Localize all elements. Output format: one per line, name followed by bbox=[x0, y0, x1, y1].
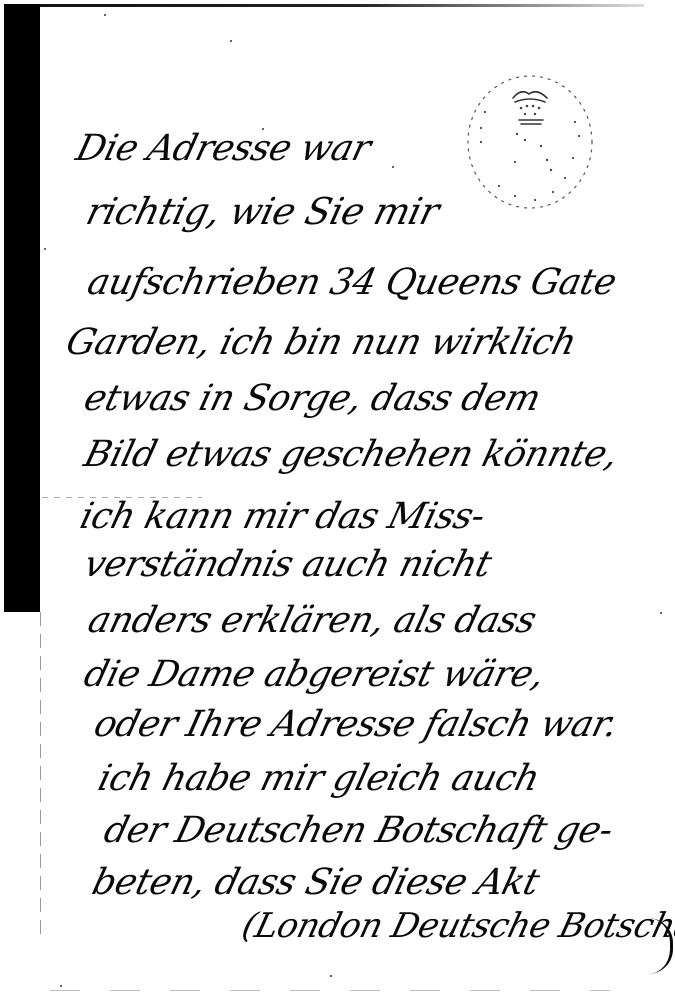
letter-line: anders erklären, als dass bbox=[84, 600, 540, 641]
letter-line: der Deutschen Botschaft ge- bbox=[100, 810, 617, 851]
scan-top-edge bbox=[4, 4, 644, 7]
scan-speck bbox=[392, 166, 394, 168]
scan-speck bbox=[262, 128, 264, 130]
letter-line: richtig, wie Sie mir bbox=[82, 190, 443, 233]
letter-line: Bild etwas geschehen könnte, bbox=[80, 434, 622, 475]
scan-speck bbox=[230, 40, 232, 42]
letter-line: aufschrieben 34 Queens Gate bbox=[84, 262, 620, 303]
scan-speck bbox=[330, 975, 332, 977]
letter-line: oder Ihre Adresse falsch war. bbox=[90, 704, 622, 745]
letter-line: die Dame abgereist wäre, bbox=[80, 654, 548, 695]
letter-line: etwas in Sorge, dass dem bbox=[80, 378, 545, 419]
paper-left-edge bbox=[40, 612, 41, 942]
letter-page: Die Adresse war richtig, wie Sie mir auf… bbox=[0, 0, 675, 1000]
scan-speck bbox=[44, 248, 46, 250]
letter-closing-note: (London Deutsche Botschaft bbox=[238, 906, 675, 946]
letter-line: ich kann mir das Miss- bbox=[76, 496, 489, 537]
letter-line: beten, dass Sie diese Akt bbox=[88, 862, 543, 903]
letter-line: ich habe mir gleich auch bbox=[94, 758, 543, 799]
scan-left-margin-bar bbox=[4, 4, 40, 612]
scan-speck bbox=[60, 985, 62, 987]
letter-line: Garden, ich bin nun wirklich bbox=[62, 322, 580, 363]
scan-speck bbox=[104, 14, 106, 16]
embossed-crown-seal-icon bbox=[455, 62, 605, 212]
paper-bottom-edge bbox=[50, 990, 610, 991]
letter-line: verständnis auch nicht bbox=[80, 544, 495, 585]
scan-speck bbox=[660, 612, 662, 614]
letter-line: Die Adresse war bbox=[72, 128, 375, 169]
